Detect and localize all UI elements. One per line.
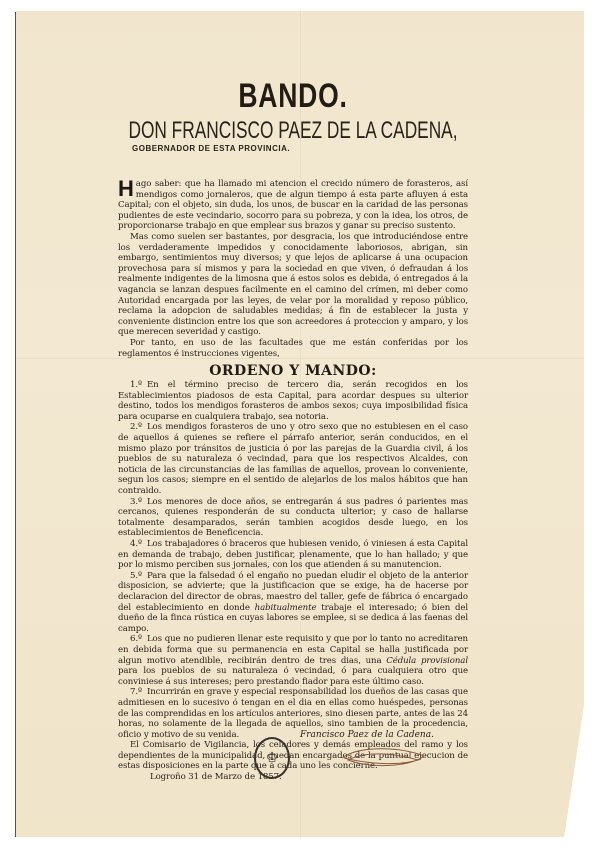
article-6: 6.ºLos que no pudieren llenar este requi… [118,634,468,687]
article-3: 3.ºLos menores de doce años, se entregar… [118,497,468,539]
official-seal-stamp: ♔ [254,737,290,779]
document-content: BANDO. DON FRANCISCO PAEZ DE LA CADENA, … [118,78,468,783]
article-1: 1.ºEn el término preciso de tercero dia,… [118,380,468,422]
article-number: 4.º [130,539,142,549]
document-body: Hago saber: que ha llamado mi atencion e… [118,179,468,783]
issuer-office: GOBERNADOR DE ESTA PROVINCIA. [132,144,468,153]
article-number: 1.º [130,380,142,390]
article-number: 6.º [130,634,142,644]
document-title: BANDO. [157,78,430,114]
date-line: Logroño 31 de Marzo de 1857. [150,772,468,783]
intro-paragraph-2: Mas como suelen ser bastantes, por desgr… [118,232,468,338]
emphasis: habitualmente [255,603,317,613]
signature-rubric-flourish [338,746,428,770]
article-5: 5.ºPara que la falsedad ó el engaño no p… [118,571,468,635]
article-2: 2.ºLos mendigos forasteros de uno y otro… [118,422,468,496]
emphasis: Cédula provisional [386,656,468,666]
signature-name: Francisco Paez de la Cadena. [300,730,434,740]
article-number: 5.º [130,571,142,581]
intro-paragraph-3: Por tanto, en uso de las facultades que … [118,338,468,359]
article-number: 3.º [130,497,142,507]
intro-paragraph-1: Hago saber: que ha llamado mi atencion e… [118,179,468,232]
article-4: 4.ºLos trabajadores ó braceros que hubie… [118,539,468,571]
issuer-name: DON FRANCISCO PAEZ DE LA CADENA, [124,118,462,144]
article-number: 2.º [130,422,142,432]
crown-crest-icon: ♔ [266,750,279,766]
drop-cap: H [118,180,134,198]
section-heading: ORDENO Y MANDO: [118,363,468,379]
article-number: 7.º [130,687,142,697]
